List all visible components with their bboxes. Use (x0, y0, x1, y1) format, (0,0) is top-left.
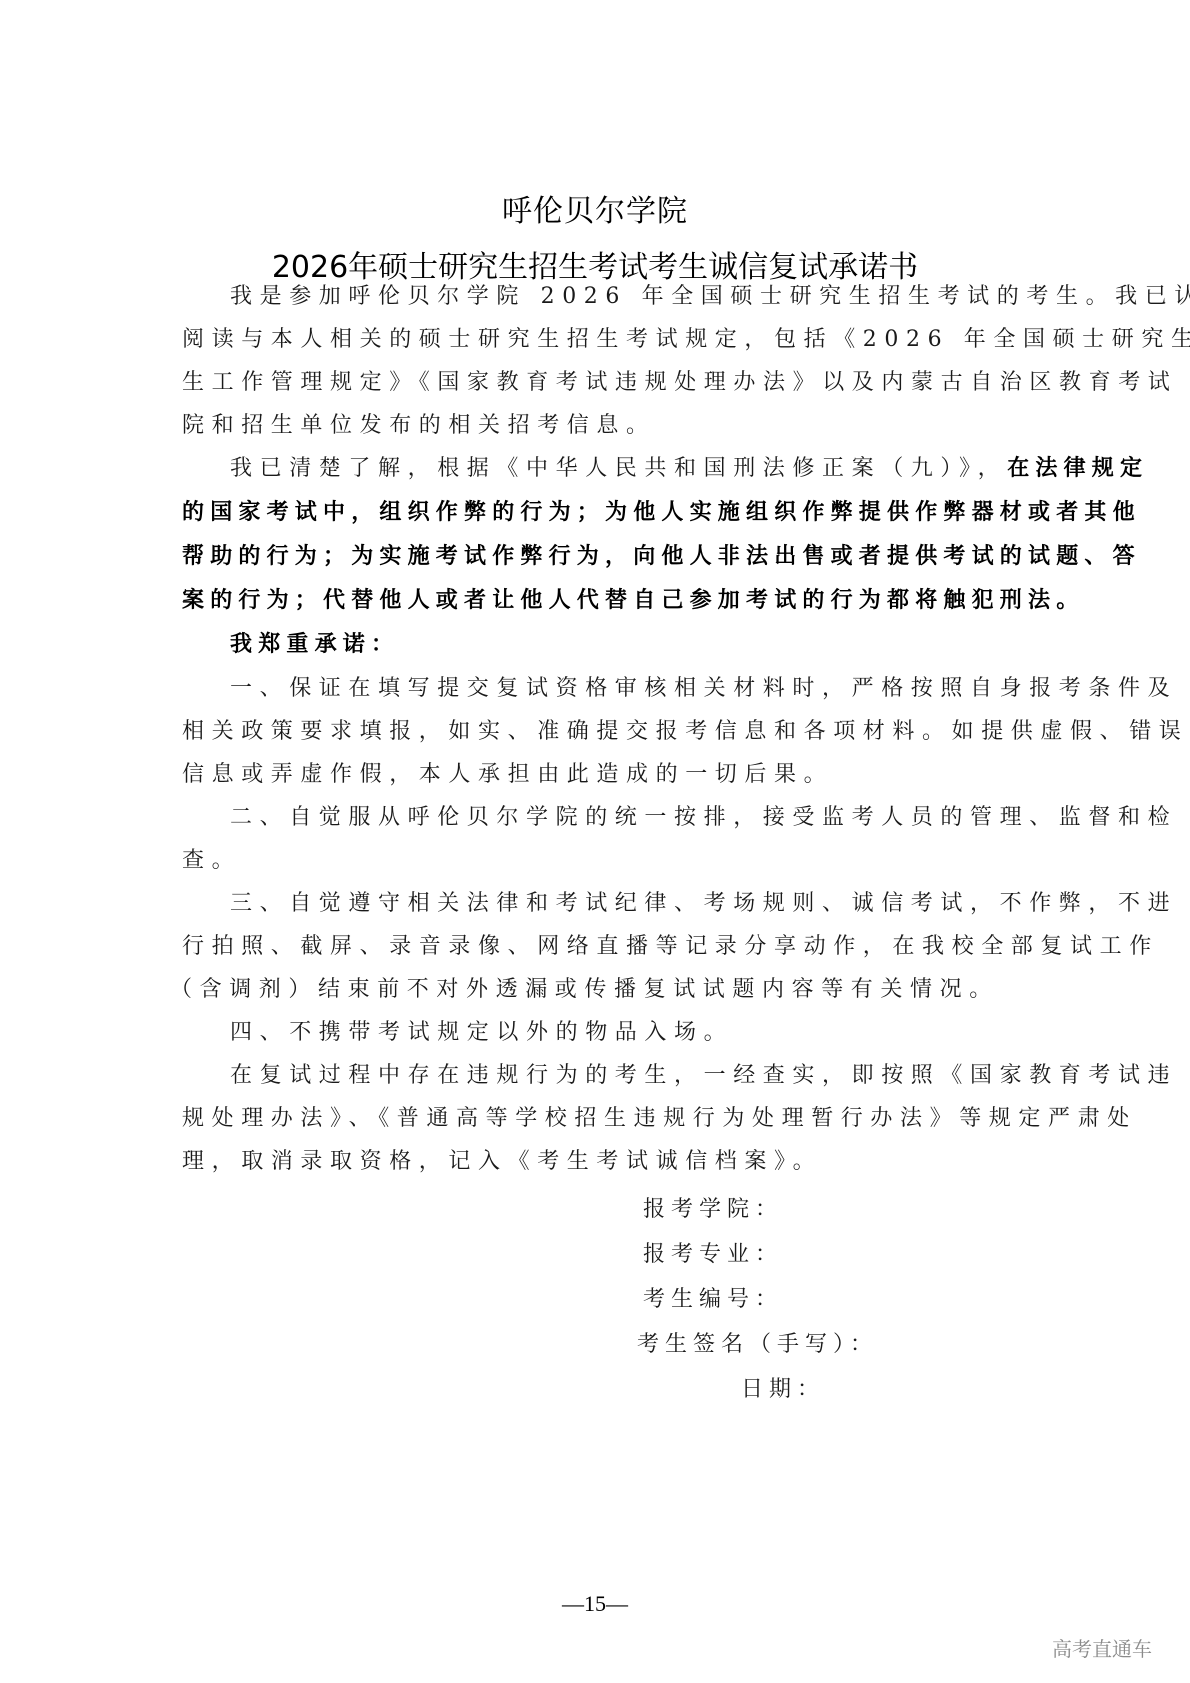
item1-line-2: 相关政策要求填报，如实、准确提交报考信息和各项材料。如提供虚假、错误 (182, 717, 1188, 747)
law-line-1: 我已清楚了解，根据《中华人民共和国刑法修正案（九）》，在法律规定 (230, 454, 1148, 484)
item4-line-1: 四、不携带考试规定以外的物品入场。 (230, 1018, 733, 1048)
penalty-line-1: 在复试过程中存在违规行为的考生，一经查实，即按照《国家教育考试违 (230, 1061, 1177, 1091)
item1-line-1: 一、保证在填写提交复试资格审核相关材料时，严格按照自身报考条件及 (230, 674, 1177, 704)
field-date-label: 日期： (741, 1375, 825, 1405)
item3-line-1: 三、自觉遵守相关法律和考试纪律、考场规则、诚信考试，不作弊，不进 (230, 889, 1177, 919)
intro-line-3: 生工作管理规定》《国家教育考试违规处理办法》以及内蒙古自治区教育考试 (182, 368, 1177, 398)
intro-line-4: 院和招生单位发布的相关招考信息。 (182, 411, 656, 441)
law-line-3: 帮助的行为；为实施考试作弊行为，向他人非法出售或者提供考试的试题、答 (182, 542, 1141, 572)
pledge-heading: 我郑重承诺： (230, 630, 399, 660)
law-bold-text: 在法律规定 (1007, 456, 1148, 481)
item3-line-2: 行拍照、截屏、录音录像、网络直播等记录分享动作，在我校全部复试工作 (182, 932, 1159, 962)
field-signature-label: 考生签名（手写）： (637, 1330, 878, 1360)
intro-line-1: 我是参加呼伦贝尔学院 2026 年全国硕士研究生招生考试的考生。我已认真 (230, 282, 1190, 312)
law-normal-text: 我已清楚了解，根据《中华人民共和国刑法修正案（九）》， (230, 456, 1007, 481)
field-major-label: 报考专业： (643, 1240, 783, 1270)
institution-name: 呼伦贝尔学院 (0, 186, 1190, 230)
watermark-text: 高考直通车 (1052, 1633, 1152, 1662)
penalty-line-2: 规处理办法》、《普通高等学校招生违规行为处理暂行办法》等规定严肃处 (182, 1104, 1137, 1134)
penalty-line-3: 理，取消录取资格，记入《考生考试诚信档案》。 (182, 1147, 822, 1177)
document-title: 2026年硕士研究生招生考试考生诚信复试承诺书 (0, 242, 1190, 286)
law-line-4: 案的行为；代替他人或者让他人代替自己参加考试的行为都将触犯刑法。 (182, 586, 1084, 616)
field-candidate-id-label: 考生编号： (643, 1285, 783, 1315)
item3-line-3: （含调剂）结束前不对外透漏或传播复试试题内容等有关情况。 (170, 975, 999, 1005)
document-page: 呼伦贝尔学院 2026年硕士研究生招生考试考生诚信复试承诺书 我是参加呼伦贝尔学… (0, 0, 1190, 1683)
law-line-2: 的国家考试中，组织作弊的行为；为他人实施组织作弊提供作弊器材或者其他 (182, 498, 1141, 528)
intro-line-2: 阅读与本人相关的硕士研究生招生考试规定，包括《2026 年全国硕士研究生招 (182, 325, 1190, 355)
field-college-label: 报考学院： (643, 1195, 783, 1225)
item2-line-1: 二、自觉服从呼伦贝尔学院的统一按排，接受监考人员的管理、监督和检 (230, 803, 1177, 833)
page-number: —15— (0, 1591, 1190, 1617)
item2-line-2: 查。 (182, 846, 241, 876)
item1-line-3: 信息或弄虚作假，本人承担由此造成的一切后果。 (182, 760, 833, 790)
